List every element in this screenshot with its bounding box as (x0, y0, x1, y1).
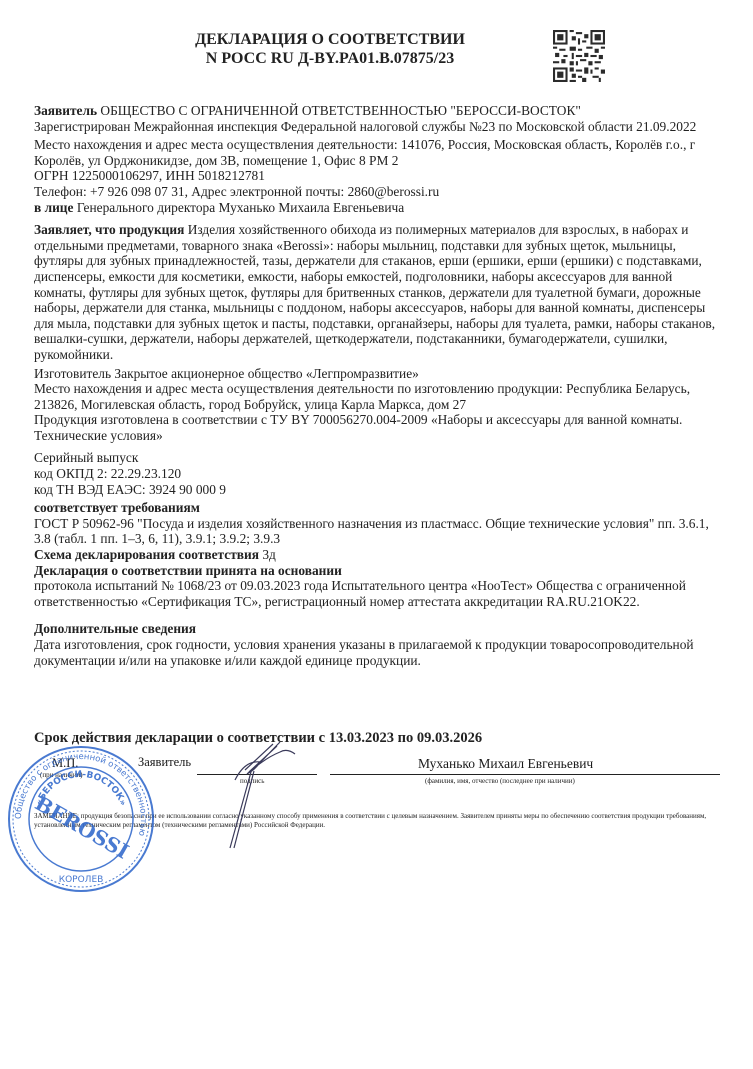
manufacturer-name: Изготовитель Закрытое акционерное общест… (34, 366, 724, 382)
release-type: Серийный выпуск (34, 450, 724, 466)
manufacturer-standard: Продукция изготовлена в соответствии с Т… (34, 412, 724, 443)
handwritten-signature-icon (225, 740, 305, 850)
manufacturer-address: Место нахождения и адрес места осуществл… (34, 381, 724, 412)
declaration-number: N РОСС RU Д-BY.PA01.B.07875/23 (180, 49, 480, 68)
scheme-line: Схема декларирования соответствия 3д (34, 547, 724, 563)
svg-text:КОРОЛЕВ: КОРОЛЕВ (59, 875, 104, 885)
qr-code-icon (553, 27, 605, 85)
basis-text: протокола испытаний № 1068/23 от 09.03.2… (34, 578, 724, 609)
declaration-body: Заявитель ОБЩЕСТВО С ОГРАНИЧЕННОЙ ОТВЕТС… (34, 103, 724, 668)
applicant-label: Заявитель (34, 103, 97, 118)
scheme-value: 3д (259, 547, 276, 562)
additional-text: Дата изготовления, срок годности, услови… (34, 637, 724, 668)
requirements-label: соответствует требованиям (34, 500, 724, 516)
product-declaration: Заявляет, что продукция Изделия хозяйств… (34, 222, 724, 362)
declaration-page: ДЕКЛАРАЦИЯ О СООТВЕТСТВИИ N РОСС RU Д-BY… (0, 0, 753, 1069)
applicant-address: Место нахождения и адрес места осуществл… (34, 137, 724, 168)
applicant-line: Заявитель ОБЩЕСТВО С ОГРАНИЧЕННОЙ ОТВЕТС… (34, 103, 724, 119)
tnved-code: код ТН ВЭД ЕАЭС: 3924 90 000 9 (34, 482, 724, 498)
signer-caption: (фамилия, имя, отчество (последнее при н… (425, 777, 575, 785)
signer-name-line (330, 774, 720, 775)
represented-by: Генерального директора Муханько Михаила … (73, 200, 404, 215)
applicant-ogrn-inn: ОГРН 1225000106297, ИНН 5018212781 (34, 168, 724, 184)
additional-label: Дополнительные сведения (34, 621, 724, 637)
product-description: Изделия хозяйственного обихода из полиме… (34, 222, 715, 362)
title-line-1: ДЕКЛАРАЦИЯ О СООТВЕТСТВИИ (180, 30, 480, 49)
product-label: Заявляет, что продукция (34, 222, 184, 237)
requirements-text: ГОСТ Р 50962-96 "Посуда и изделия хозяйс… (34, 516, 724, 547)
applicant-registration: Зарегистрирован Межрайонная инспекция Фе… (34, 119, 724, 135)
applicant-name: ОБЩЕСТВО С ОГРАНИЧЕННОЙ ОТВЕТСТВЕННОСТЬЮ… (97, 103, 581, 118)
document-title: ДЕКЛАРАЦИЯ О СООТВЕТСТВИИ N РОСС RU Д-BY… (180, 30, 480, 68)
signer-name: Муханько Михаил Евгеньевич (418, 756, 593, 772)
scheme-label: Схема декларирования соответствия (34, 547, 259, 562)
basis-label: Декларация о соответствии принята на осн… (34, 563, 724, 579)
okpd-code: код ОКПД 2: 22.29.23.120 (34, 466, 724, 482)
represented-label: в лице (34, 200, 73, 215)
company-seal-icon: Общество с ограниченной ответственностью… (6, 744, 156, 894)
represented-by-line: в лице Генерального директора Муханько М… (34, 200, 724, 216)
applicant-contacts: Телефон: +7 926 098 07 31, Адрес электро… (34, 184, 724, 200)
